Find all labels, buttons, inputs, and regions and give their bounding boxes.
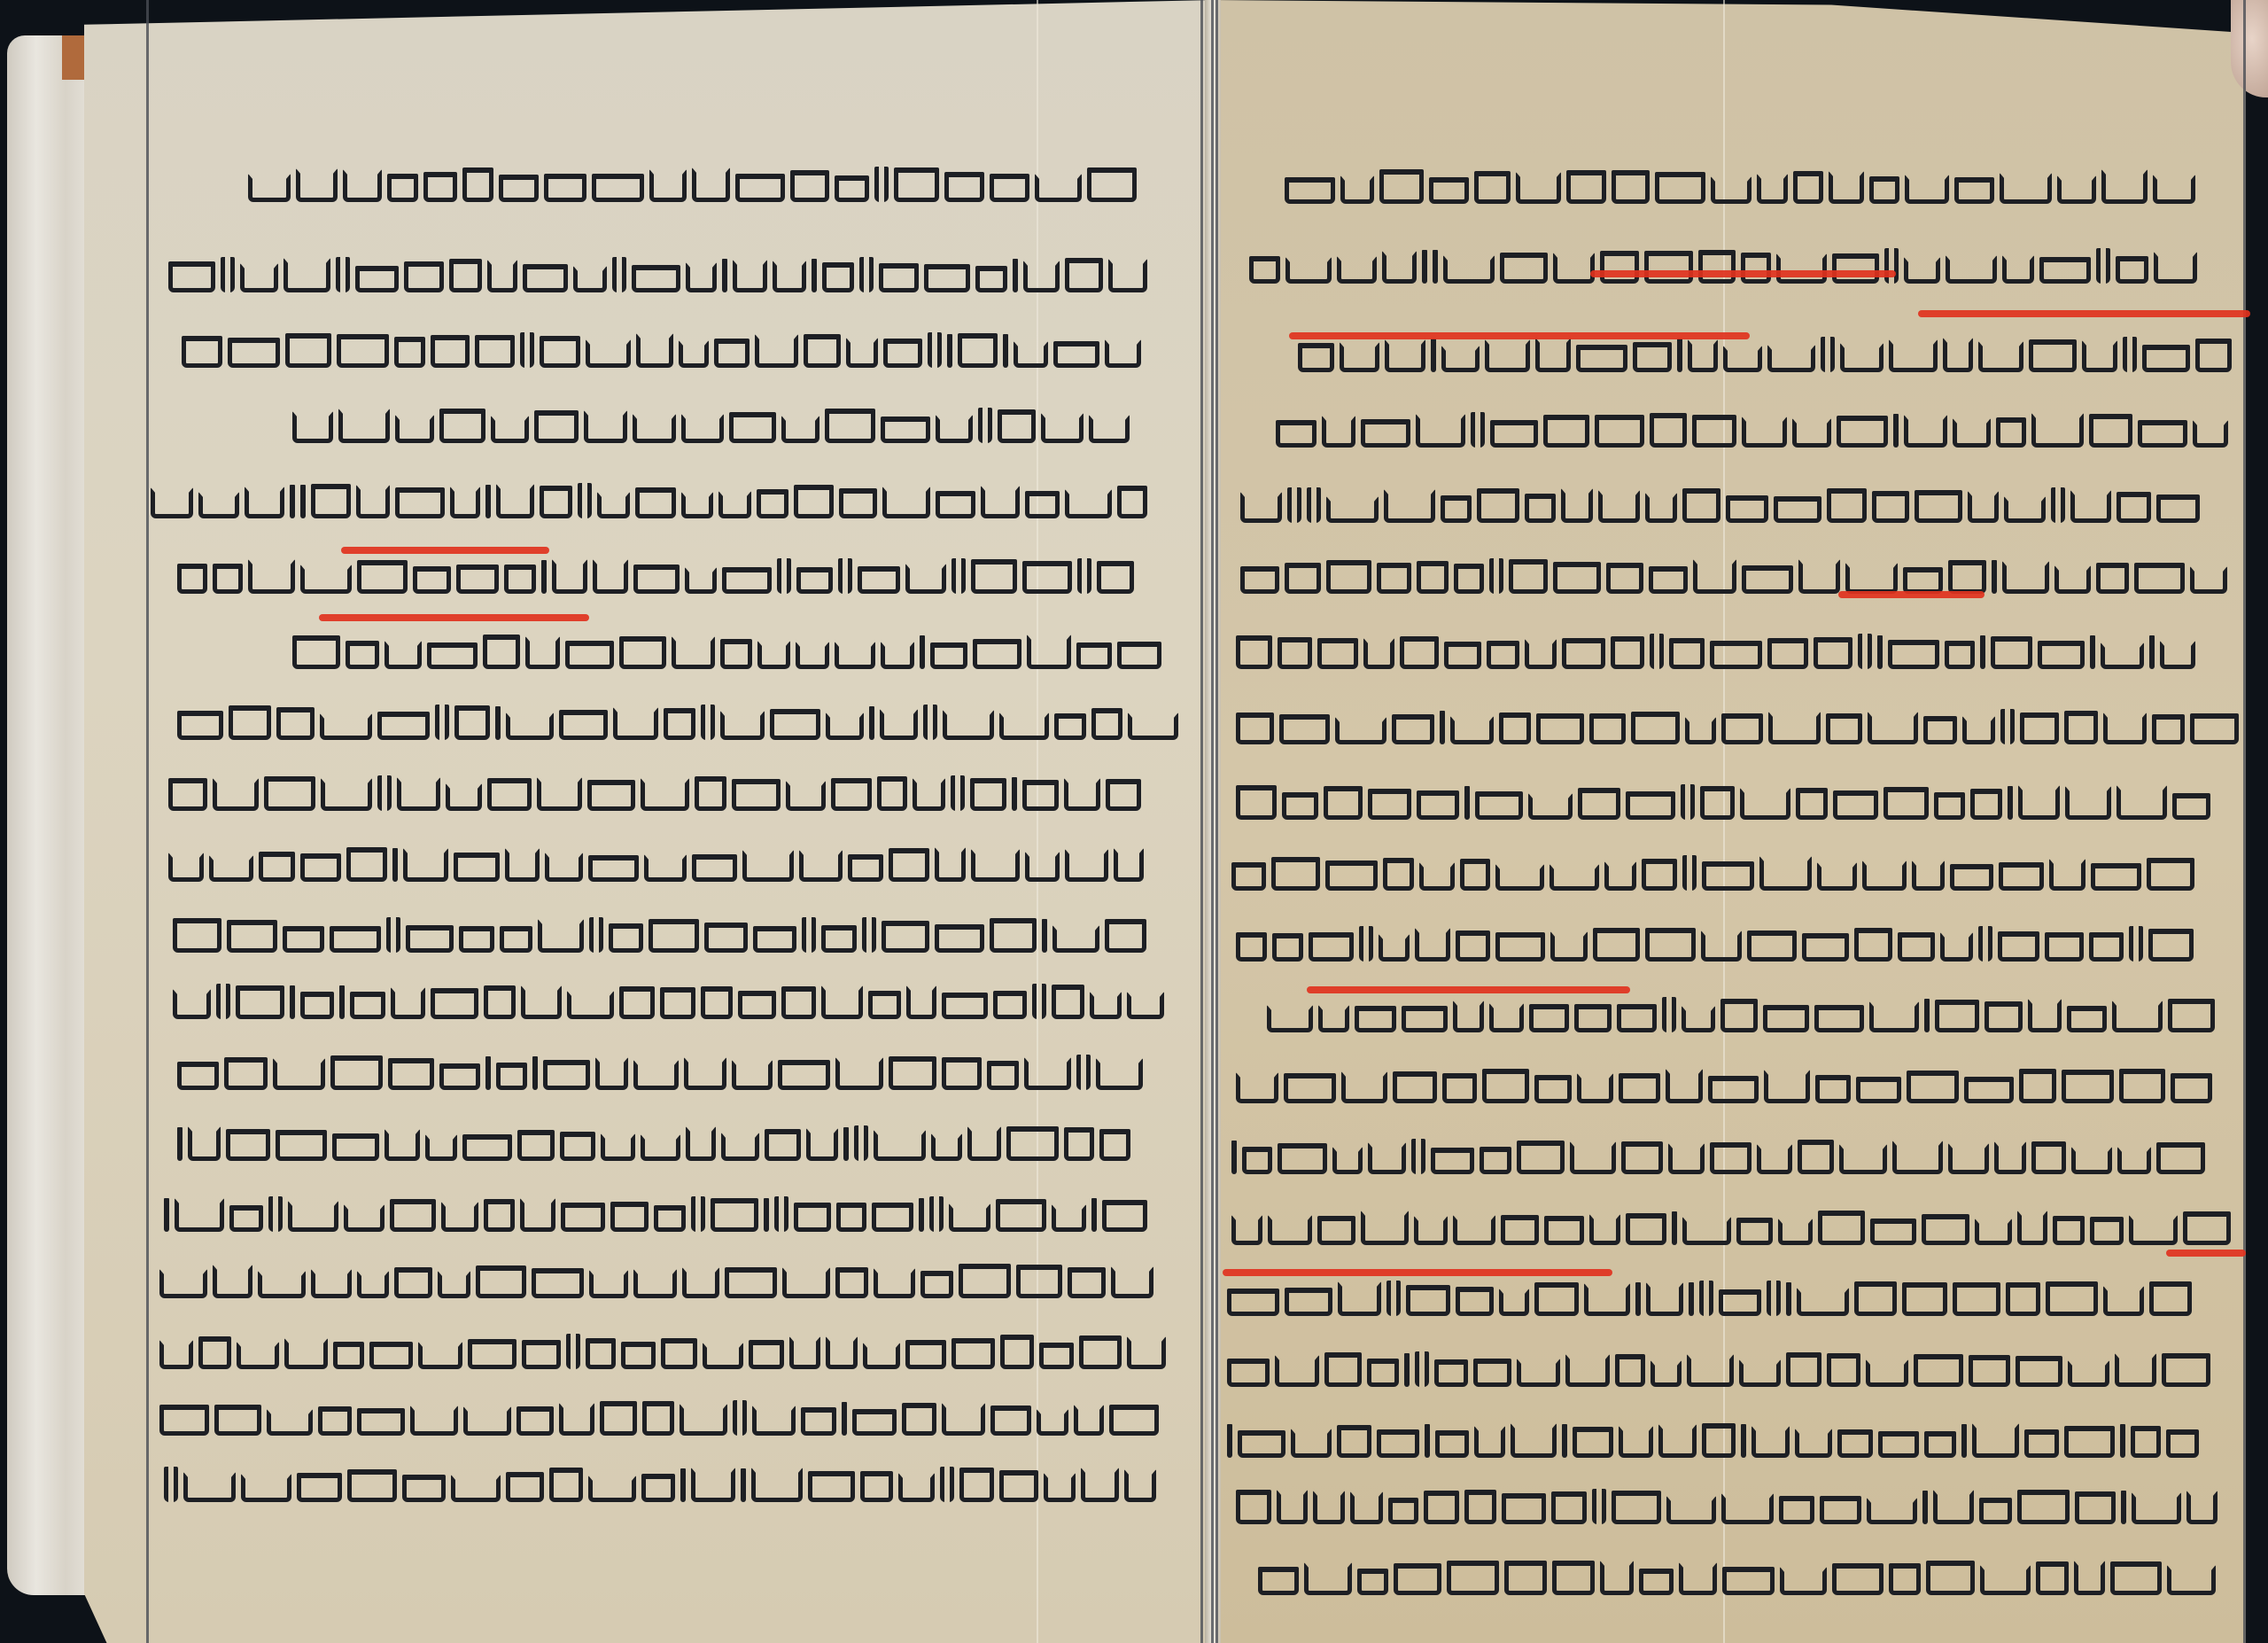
script-glyph bbox=[929, 1196, 944, 1232]
script-glyph bbox=[701, 705, 715, 740]
script-glyph bbox=[1978, 341, 2023, 372]
script-glyph bbox=[337, 334, 389, 368]
script-glyph bbox=[321, 778, 372, 811]
script-glyph bbox=[1578, 788, 1620, 820]
script-glyph bbox=[1473, 1359, 1511, 1387]
script-glyph bbox=[168, 261, 215, 292]
script-glyph bbox=[1322, 416, 1355, 448]
script-glyph bbox=[290, 485, 295, 518]
script-glyph bbox=[402, 1475, 446, 1502]
script-glyph bbox=[1792, 418, 1831, 448]
script-glyph bbox=[1332, 1147, 1363, 1174]
script-glyph bbox=[1682, 855, 1697, 891]
script-glyph bbox=[1534, 1282, 1579, 1316]
script-glyph bbox=[357, 1271, 389, 1298]
script-glyph bbox=[1862, 860, 1907, 891]
script-glyph bbox=[377, 775, 392, 811]
script-glyph bbox=[1424, 1491, 1459, 1524]
script-glyph bbox=[1980, 1565, 2031, 1595]
script-glyph bbox=[722, 259, 727, 292]
script-glyph bbox=[782, 1267, 830, 1298]
script-glyph bbox=[2020, 712, 2059, 744]
script-glyph bbox=[2029, 339, 2077, 372]
script-glyph bbox=[1685, 717, 1716, 744]
script-glyph bbox=[1285, 177, 1335, 204]
script-glyph bbox=[268, 1196, 283, 1232]
script-glyph bbox=[1655, 172, 1705, 204]
script-glyph bbox=[942, 993, 988, 1019]
script-glyph bbox=[1950, 864, 1993, 891]
script-glyph bbox=[1870, 1219, 1916, 1245]
script-glyph bbox=[720, 711, 765, 740]
left-page-line bbox=[159, 1263, 1178, 1298]
script-glyph bbox=[1644, 251, 1693, 284]
script-glyph bbox=[1517, 1359, 1560, 1387]
script-glyph bbox=[1858, 634, 1872, 669]
script-glyph bbox=[1565, 1354, 1610, 1387]
right-page-line bbox=[1227, 1422, 2241, 1458]
script-glyph bbox=[2071, 1147, 2112, 1174]
script-glyph bbox=[1379, 169, 1424, 204]
script-glyph bbox=[496, 1063, 527, 1090]
script-glyph bbox=[1833, 790, 1878, 820]
script-glyph bbox=[1867, 1498, 1917, 1524]
script-glyph bbox=[1635, 1282, 1641, 1316]
script-glyph bbox=[2132, 1492, 2181, 1524]
script-glyph bbox=[920, 1271, 953, 1298]
script-glyph bbox=[1127, 992, 1164, 1019]
script-glyph bbox=[597, 492, 630, 518]
script-glyph bbox=[863, 1343, 900, 1369]
script-glyph bbox=[1854, 1281, 1897, 1316]
script-glyph bbox=[439, 409, 485, 443]
script-glyph bbox=[2190, 713, 2239, 744]
script-glyph bbox=[1698, 250, 1736, 284]
script-glyph bbox=[981, 486, 1020, 518]
script-glyph bbox=[1091, 708, 1123, 740]
script-glyph bbox=[942, 1403, 985, 1436]
script-glyph bbox=[1298, 343, 1334, 372]
script-glyph bbox=[1994, 1141, 2026, 1174]
script-glyph bbox=[1096, 1058, 1143, 1090]
script-glyph bbox=[877, 776, 907, 811]
script-glyph bbox=[1617, 1004, 1657, 1032]
script-glyph bbox=[778, 1060, 830, 1090]
script-glyph bbox=[1341, 1071, 1387, 1103]
script-glyph bbox=[1866, 1359, 1908, 1387]
script-glyph bbox=[1276, 420, 1317, 448]
script-glyph bbox=[1419, 862, 1455, 891]
script-glyph bbox=[1511, 1423, 1557, 1458]
script-glyph bbox=[1032, 984, 1046, 1019]
script-glyph bbox=[1889, 1563, 1921, 1595]
script-glyph bbox=[164, 1467, 178, 1502]
script-glyph bbox=[1742, 417, 1787, 448]
script-glyph bbox=[1227, 1359, 1270, 1387]
script-glyph bbox=[1736, 1218, 1773, 1245]
script-glyph bbox=[2148, 929, 2194, 962]
script-glyph bbox=[1722, 1567, 1775, 1595]
left-page-line bbox=[177, 705, 1178, 740]
script-glyph bbox=[691, 1196, 705, 1232]
script-glyph bbox=[1964, 1077, 2014, 1103]
script-glyph bbox=[2019, 1069, 2056, 1103]
script-glyph bbox=[1271, 857, 1320, 891]
script-glyph bbox=[1500, 253, 1548, 284]
script-glyph bbox=[1064, 778, 1100, 811]
script-glyph bbox=[1384, 489, 1435, 523]
script-glyph bbox=[566, 1334, 580, 1369]
script-glyph bbox=[1517, 1141, 1565, 1174]
script-glyph bbox=[874, 1268, 915, 1298]
script-glyph bbox=[1411, 1139, 1425, 1174]
script-glyph bbox=[1619, 1426, 1653, 1458]
script-glyph bbox=[1090, 992, 1122, 1019]
script-glyph bbox=[394, 337, 425, 368]
script-glyph bbox=[882, 487, 930, 518]
script-glyph bbox=[1888, 640, 1939, 669]
script-glyph bbox=[612, 257, 626, 292]
script-glyph bbox=[654, 1205, 686, 1232]
script-glyph bbox=[506, 1472, 544, 1502]
script-glyph bbox=[973, 639, 1021, 669]
script-glyph bbox=[485, 1056, 491, 1090]
script-glyph bbox=[1074, 1405, 1104, 1436]
script-glyph bbox=[1935, 1000, 1979, 1032]
script-glyph bbox=[764, 1198, 769, 1232]
script-glyph bbox=[476, 1265, 526, 1298]
script-glyph bbox=[2096, 248, 2110, 284]
script-glyph bbox=[1534, 1075, 1572, 1103]
script-glyph bbox=[943, 710, 994, 740]
script-glyph bbox=[2162, 1353, 2210, 1387]
script-glyph bbox=[2154, 252, 2197, 284]
script-glyph bbox=[1039, 1343, 1074, 1369]
script-glyph bbox=[213, 778, 259, 811]
script-glyph bbox=[757, 641, 790, 669]
script-glyph bbox=[1845, 563, 1898, 594]
script-glyph bbox=[881, 417, 930, 443]
script-glyph bbox=[1970, 789, 2002, 820]
script-glyph bbox=[703, 1343, 743, 1369]
script-glyph bbox=[1757, 1144, 1792, 1174]
script-glyph bbox=[2166, 1429, 2199, 1458]
script-glyph bbox=[881, 642, 914, 669]
script-glyph bbox=[177, 711, 223, 740]
script-glyph bbox=[1747, 931, 1797, 962]
script-glyph bbox=[2167, 1565, 2216, 1595]
script-glyph bbox=[357, 1408, 405, 1436]
script-glyph bbox=[635, 487, 676, 518]
script-glyph bbox=[2121, 1491, 2126, 1524]
script-glyph bbox=[1525, 494, 1556, 523]
script-glyph bbox=[2110, 1561, 2162, 1595]
script-glyph bbox=[1317, 1216, 1355, 1245]
script-glyph bbox=[1702, 861, 1754, 891]
script-glyph bbox=[970, 778, 1006, 811]
script-glyph bbox=[633, 1269, 677, 1298]
script-glyph bbox=[1968, 491, 1999, 523]
script-glyph bbox=[641, 778, 689, 811]
script-glyph bbox=[390, 1199, 436, 1232]
script-glyph bbox=[1739, 1359, 1781, 1387]
script-glyph bbox=[441, 1202, 478, 1232]
script-glyph bbox=[1934, 792, 1965, 820]
left-page-line bbox=[164, 1467, 1169, 1502]
script-glyph bbox=[459, 926, 494, 953]
script-glyph bbox=[1779, 1496, 1814, 1524]
script-glyph bbox=[1869, 176, 1899, 204]
red-underline-mark bbox=[2166, 1250, 2246, 1257]
script-glyph bbox=[1682, 1006, 1715, 1032]
script-glyph bbox=[573, 266, 607, 292]
script-glyph bbox=[1553, 253, 1595, 284]
script-glyph bbox=[177, 564, 207, 594]
red-underline-mark bbox=[1838, 591, 1984, 598]
script-glyph bbox=[567, 991, 614, 1019]
script-glyph bbox=[1598, 490, 1640, 523]
script-glyph bbox=[1114, 848, 1144, 882]
left-page: Left page bbox=[84, 0, 1214, 1643]
script-glyph bbox=[587, 780, 635, 811]
script-glyph bbox=[935, 924, 984, 953]
script-glyph bbox=[1000, 1335, 1034, 1369]
script-glyph bbox=[1307, 487, 1321, 523]
script-glyph bbox=[406, 925, 454, 953]
script-glyph bbox=[1231, 862, 1266, 891]
script-glyph bbox=[589, 917, 603, 953]
script-glyph bbox=[1227, 1289, 1279, 1316]
script-glyph bbox=[1105, 339, 1141, 368]
script-glyph bbox=[751, 1468, 803, 1502]
script-glyph bbox=[1945, 641, 1975, 669]
script-glyph bbox=[1275, 1355, 1319, 1387]
script-glyph bbox=[2149, 1281, 2192, 1316]
script-glyph bbox=[940, 1467, 954, 1502]
script-glyph bbox=[446, 783, 482, 811]
script-glyph bbox=[732, 779, 781, 811]
right-page-line bbox=[1227, 1351, 2241, 1387]
script-glyph bbox=[1277, 1490, 1308, 1524]
script-glyph bbox=[463, 1406, 511, 1436]
script-glyph bbox=[1570, 1141, 1616, 1174]
script-glyph bbox=[1460, 859, 1490, 891]
script-glyph bbox=[198, 1336, 231, 1369]
script-glyph bbox=[1953, 418, 1991, 448]
script-glyph bbox=[852, 1409, 897, 1436]
script-glyph bbox=[520, 1198, 555, 1232]
script-glyph bbox=[1904, 415, 1947, 448]
script-glyph bbox=[1589, 713, 1626, 744]
script-glyph bbox=[240, 263, 278, 292]
script-glyph bbox=[679, 340, 709, 368]
script-glyph bbox=[1904, 257, 1940, 284]
script-glyph bbox=[1499, 712, 1531, 744]
script-glyph bbox=[175, 1198, 224, 1232]
script-glyph bbox=[2103, 1286, 2144, 1316]
script-glyph bbox=[1553, 562, 1601, 594]
script-glyph bbox=[1338, 1281, 1381, 1316]
script-glyph bbox=[2064, 1426, 2115, 1458]
script-glyph bbox=[423, 172, 457, 202]
script-glyph bbox=[826, 1336, 858, 1369]
script-glyph bbox=[1326, 560, 1371, 594]
script-glyph bbox=[462, 1134, 512, 1161]
script-glyph bbox=[971, 559, 1017, 594]
script-glyph bbox=[1504, 1561, 1547, 1595]
script-glyph bbox=[2039, 257, 2091, 284]
script-glyph bbox=[621, 1342, 656, 1369]
script-glyph bbox=[1042, 919, 1047, 953]
script-glyph bbox=[806, 1128, 838, 1161]
script-glyph bbox=[2000, 173, 2052, 204]
script-glyph bbox=[1759, 856, 1812, 891]
script-glyph bbox=[468, 1339, 517, 1369]
script-glyph bbox=[1687, 1354, 1734, 1387]
script-glyph bbox=[757, 489, 788, 518]
script-glyph bbox=[2123, 337, 2137, 372]
script-glyph bbox=[346, 641, 379, 669]
script-glyph bbox=[1064, 1127, 1094, 1161]
script-glyph bbox=[1392, 714, 1434, 744]
script-glyph bbox=[1111, 1266, 1153, 1298]
script-glyph bbox=[906, 985, 936, 1019]
script-glyph bbox=[1502, 1493, 1546, 1524]
script-glyph bbox=[439, 1063, 480, 1090]
script-glyph bbox=[164, 1198, 169, 1232]
script-glyph bbox=[355, 266, 399, 292]
script-glyph bbox=[532, 1268, 584, 1298]
script-glyph bbox=[1440, 711, 1445, 744]
script-glyph bbox=[1337, 1425, 1371, 1458]
script-glyph bbox=[633, 565, 680, 594]
script-glyph bbox=[1464, 786, 1470, 820]
script-glyph bbox=[1509, 559, 1548, 594]
script-glyph bbox=[951, 775, 965, 811]
right-page-line bbox=[1240, 487, 2241, 523]
script-glyph bbox=[276, 1130, 327, 1161]
script-glyph bbox=[923, 705, 937, 740]
script-glyph bbox=[173, 918, 221, 953]
script-glyph bbox=[1340, 175, 1374, 204]
script-glyph bbox=[2018, 785, 2060, 820]
script-glyph bbox=[384, 1129, 420, 1161]
script-glyph bbox=[1978, 926, 1992, 962]
script-glyph bbox=[838, 558, 852, 594]
script-glyph bbox=[902, 1403, 936, 1436]
script-glyph bbox=[975, 266, 1007, 292]
script-glyph bbox=[2186, 1491, 2218, 1524]
script-glyph bbox=[2138, 420, 2187, 448]
script-glyph bbox=[920, 635, 925, 669]
script-glyph bbox=[714, 339, 750, 368]
script-glyph bbox=[1797, 1288, 1849, 1316]
script-glyph bbox=[1741, 1424, 1746, 1458]
script-glyph bbox=[1474, 1426, 1505, 1458]
script-glyph bbox=[1495, 864, 1544, 891]
script-glyph bbox=[1454, 564, 1484, 594]
script-glyph bbox=[1325, 860, 1378, 891]
script-glyph bbox=[285, 333, 331, 368]
script-glyph bbox=[1501, 1215, 1539, 1245]
script-glyph bbox=[741, 1468, 746, 1502]
script-glyph bbox=[391, 987, 425, 1019]
script-glyph bbox=[1386, 1281, 1401, 1316]
script-glyph bbox=[1431, 339, 1436, 372]
script-glyph bbox=[1832, 253, 1879, 284]
left-page-line bbox=[177, 558, 1178, 594]
script-glyph bbox=[990, 1406, 1031, 1436]
script-glyph bbox=[1589, 1214, 1620, 1245]
script-glyph bbox=[1668, 1143, 1705, 1174]
script-glyph bbox=[1933, 1490, 1974, 1524]
script-glyph bbox=[1529, 1004, 1569, 1032]
script-glyph bbox=[1798, 1140, 1834, 1174]
script-glyph bbox=[1633, 342, 1672, 372]
script-glyph bbox=[264, 776, 315, 811]
script-glyph bbox=[487, 260, 517, 292]
script-glyph bbox=[1022, 561, 1072, 594]
script-glyph bbox=[879, 263, 919, 292]
script-glyph bbox=[1827, 1353, 1860, 1387]
script-glyph bbox=[1236, 932, 1267, 962]
script-glyph bbox=[2062, 1070, 2114, 1103]
script-glyph bbox=[1612, 1491, 1661, 1524]
script-glyph bbox=[559, 710, 608, 740]
script-glyph bbox=[248, 559, 295, 594]
script-glyph bbox=[1708, 1076, 1759, 1103]
script-glyph bbox=[773, 261, 806, 292]
script-glyph bbox=[1650, 634, 1664, 669]
script-glyph bbox=[681, 414, 724, 443]
script-glyph bbox=[1774, 496, 1821, 523]
script-glyph bbox=[1377, 1429, 1419, 1458]
script-glyph bbox=[487, 778, 532, 811]
script-glyph bbox=[825, 409, 875, 443]
script-glyph bbox=[1128, 712, 1178, 740]
script-glyph bbox=[882, 921, 929, 953]
script-glyph bbox=[1240, 566, 1279, 594]
script-glyph bbox=[1422, 250, 1427, 284]
script-glyph bbox=[1700, 786, 1735, 820]
script-glyph bbox=[883, 339, 922, 368]
script-glyph bbox=[999, 712, 1049, 740]
script-glyph bbox=[684, 1057, 726, 1090]
script-glyph bbox=[395, 487, 445, 518]
script-glyph bbox=[1434, 1359, 1468, 1387]
script-glyph bbox=[2036, 1561, 2069, 1595]
script-glyph bbox=[868, 991, 901, 1019]
right-page-line bbox=[1236, 1068, 2241, 1103]
script-glyph bbox=[1626, 1213, 1666, 1245]
script-glyph bbox=[1642, 859, 1677, 891]
script-glyph bbox=[905, 564, 946, 594]
script-glyph bbox=[796, 567, 833, 594]
margin-rule bbox=[1200, 0, 1203, 1643]
script-glyph bbox=[944, 172, 984, 202]
script-glyph bbox=[641, 1474, 675, 1502]
script-glyph bbox=[491, 416, 529, 443]
script-glyph bbox=[1719, 1289, 1761, 1316]
script-glyph bbox=[1682, 488, 1720, 523]
script-glyph bbox=[236, 985, 284, 1019]
script-glyph bbox=[1487, 641, 1519, 669]
script-glyph bbox=[438, 1271, 470, 1298]
script-glyph bbox=[738, 991, 776, 1019]
script-glyph bbox=[796, 642, 829, 669]
script-glyph bbox=[226, 1129, 270, 1161]
script-glyph bbox=[701, 986, 733, 1019]
